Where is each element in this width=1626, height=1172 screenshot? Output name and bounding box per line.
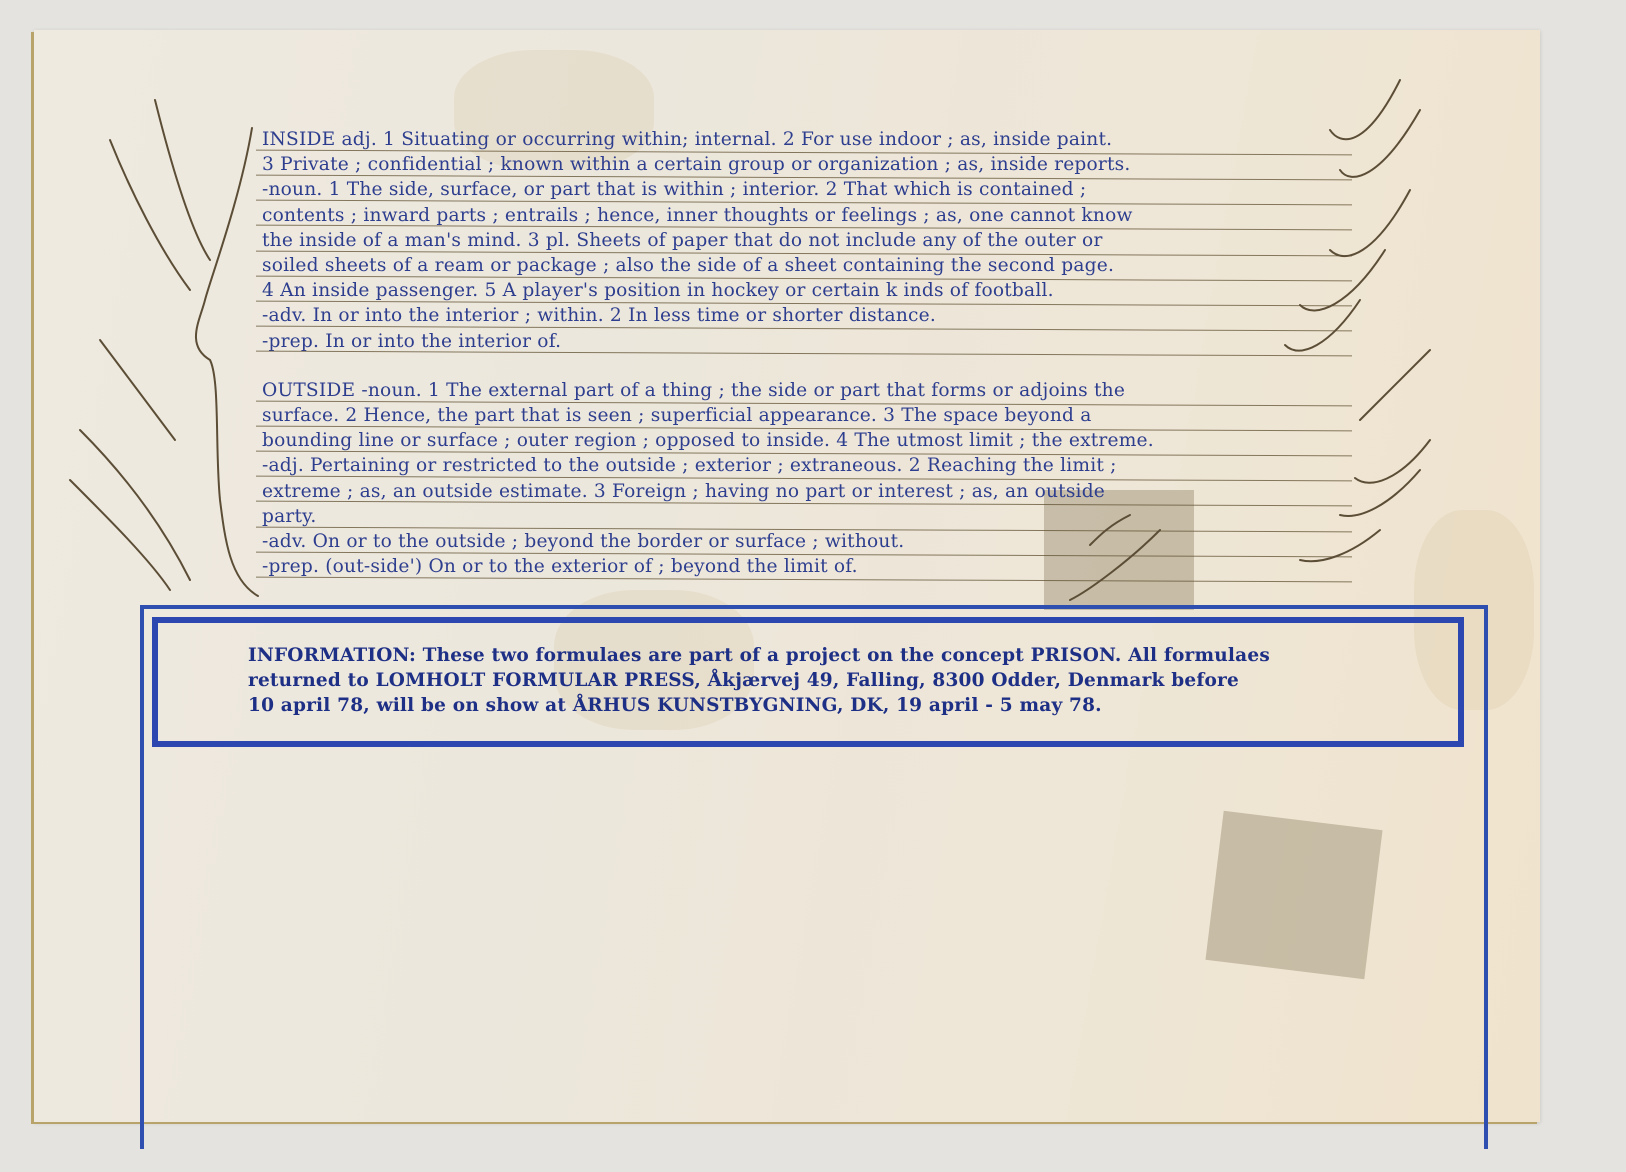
information-box: INFORMATION: These two formulaes are par… (152, 617, 1464, 747)
information-line: 10 april 78, will be on show at ÅRHUS KU… (248, 693, 1270, 718)
information-line: INFORMATION: These two formulaes are par… (248, 643, 1270, 668)
information-text: INFORMATION: These two formulaes are par… (248, 643, 1270, 718)
information-line: returned to LOMHOLT FORMULAR PRESS, Åkjæ… (248, 668, 1270, 693)
